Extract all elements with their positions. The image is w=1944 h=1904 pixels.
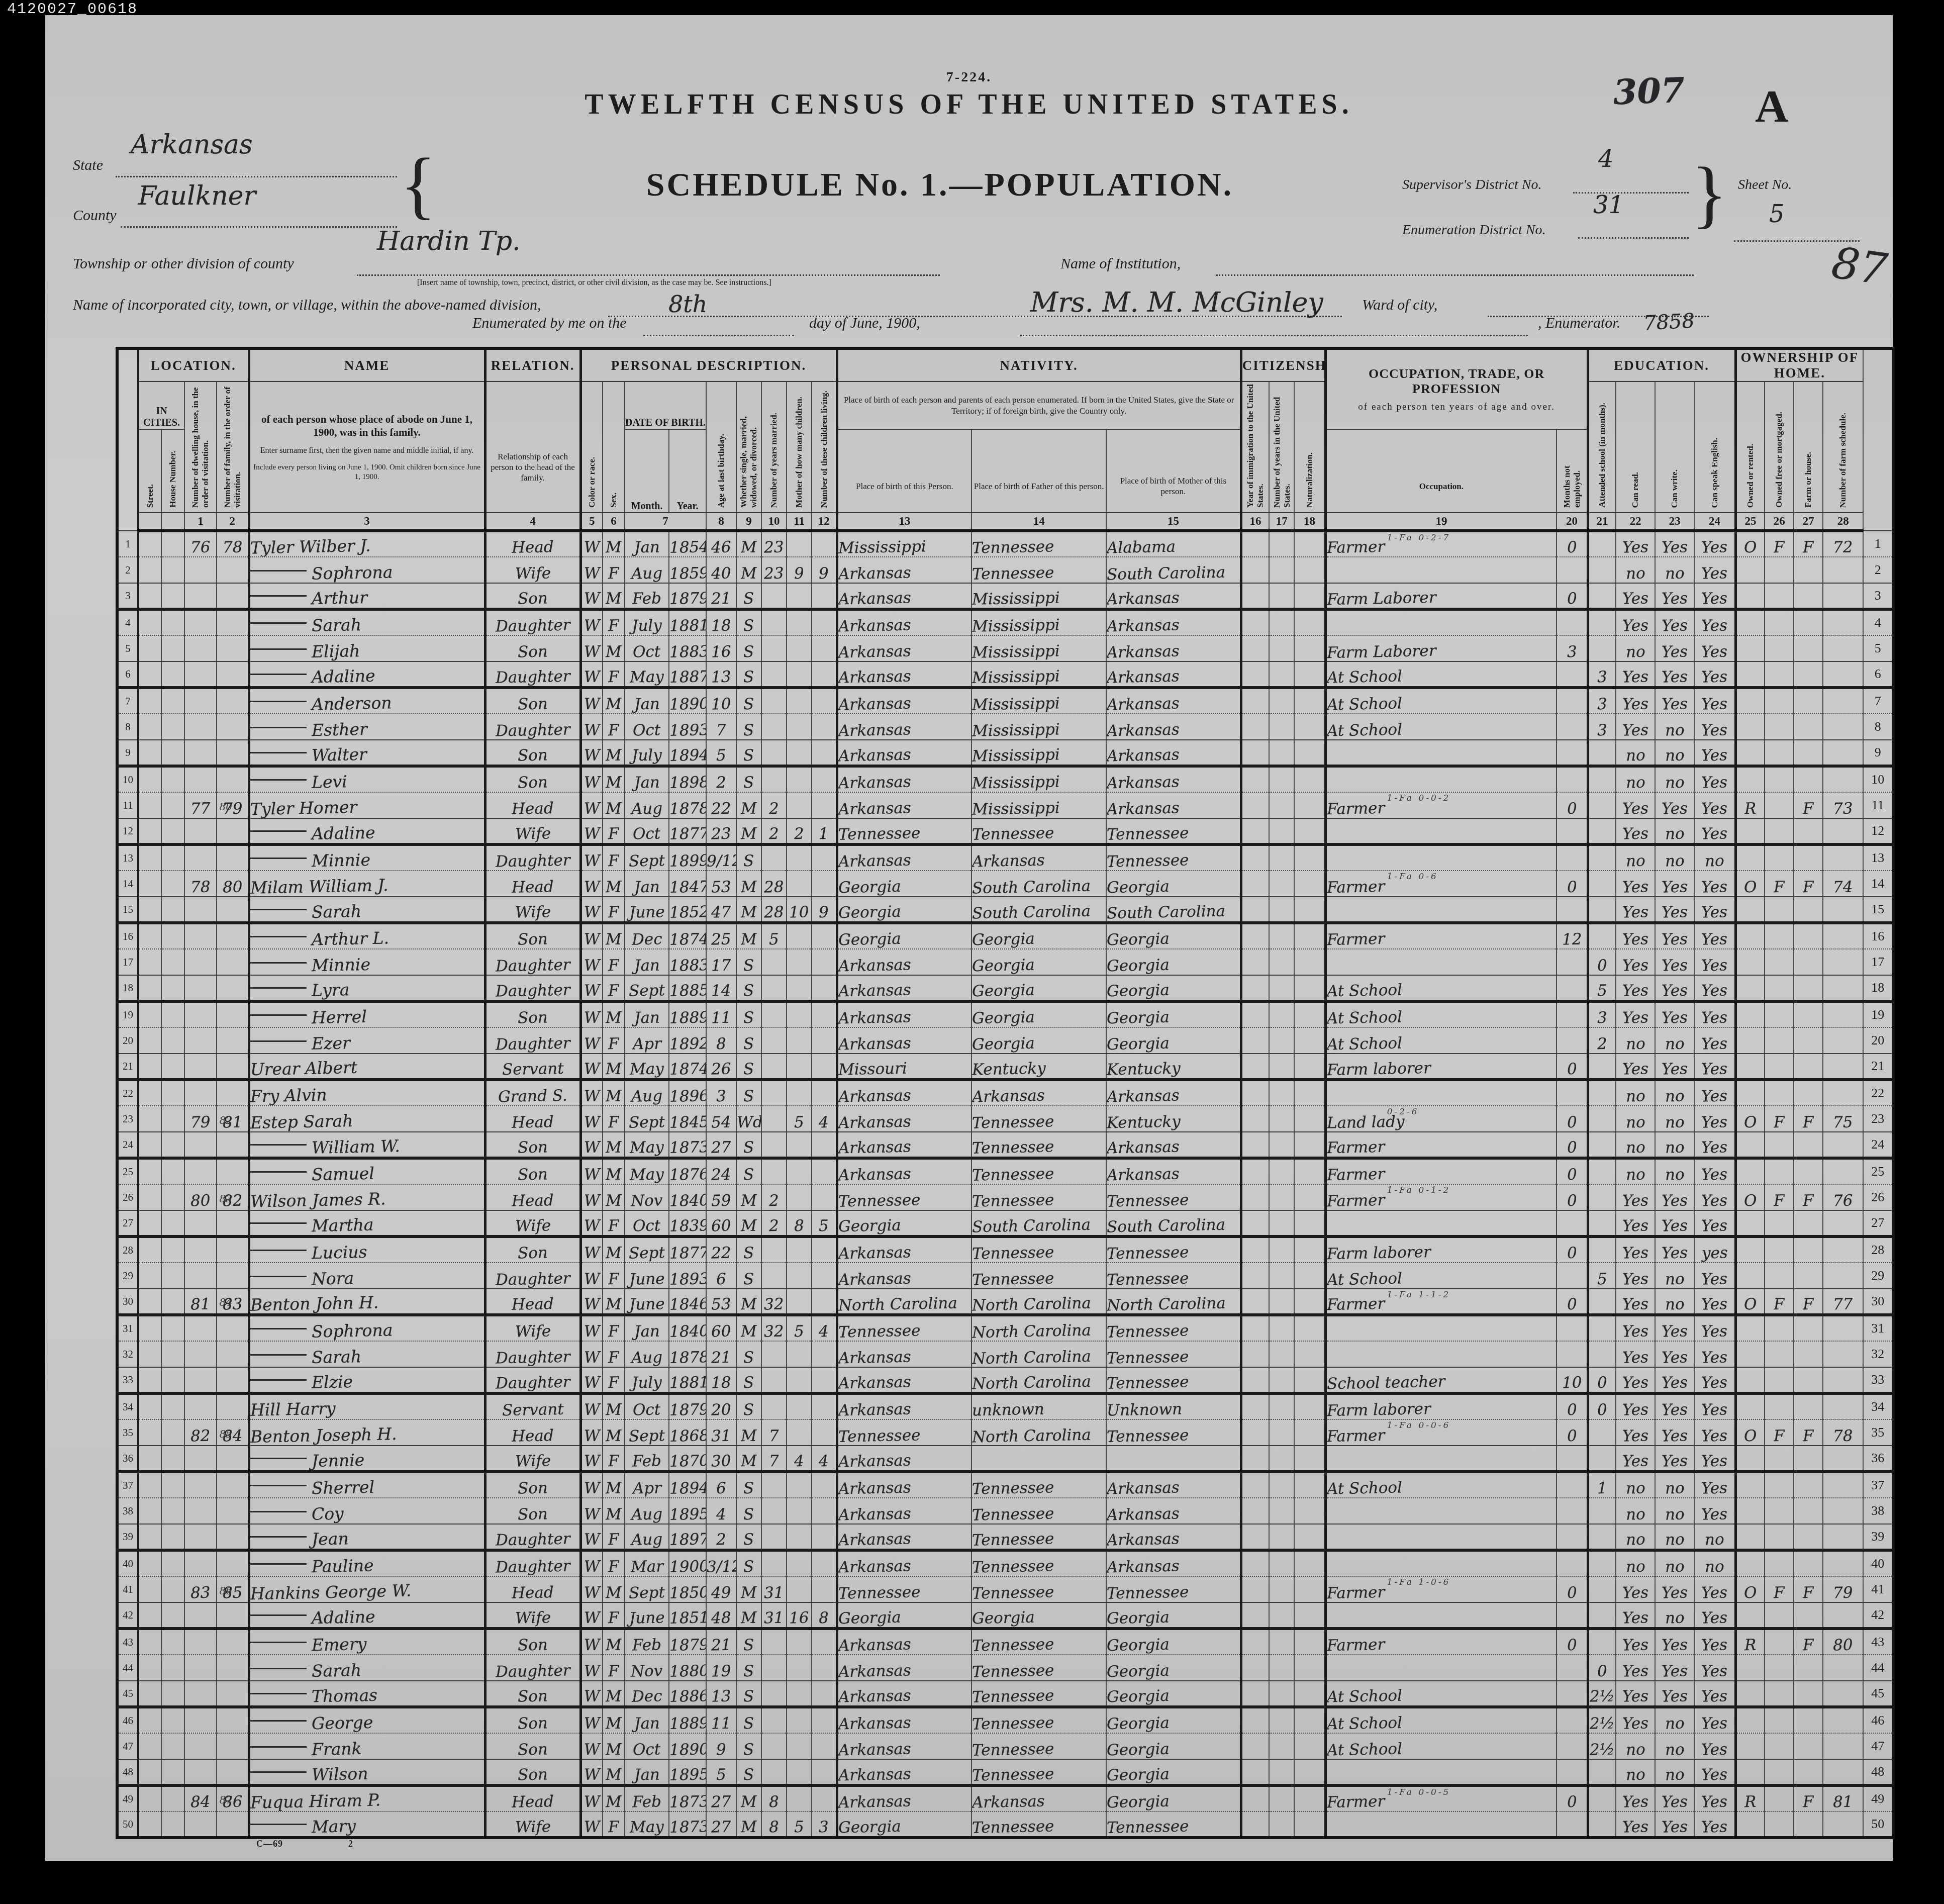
cell-bm: Nov <box>625 1184 669 1210</box>
cell-nat <box>1294 1498 1325 1524</box>
left-line-number: 9 <box>117 740 138 766</box>
cell-bm: May <box>625 1132 669 1158</box>
cell-st <box>138 1210 161 1236</box>
cell-yus <box>1269 1210 1294 1236</box>
cell-fam <box>217 1681 249 1707</box>
cell-cl <box>812 531 837 557</box>
cell-pb: Arkansas <box>837 1263 971 1289</box>
cell-nat <box>1294 897 1325 923</box>
cell-sch <box>1588 1210 1616 1236</box>
cell-mc <box>787 1263 812 1289</box>
cell-st <box>138 1707 161 1733</box>
cell-wr: Yes <box>1655 1210 1694 1236</box>
cell-name: Jennie <box>249 1446 485 1472</box>
cell-nat <box>1294 1785 1325 1812</box>
cell-c: W <box>580 975 603 1001</box>
cell-mar: S <box>736 1681 761 1707</box>
cell-imm <box>1241 1812 1269 1838</box>
census-scan-page: 4120027_00618 7-224. TWELFTH CENSUS OF T… <box>0 0 1944 1904</box>
cell-fh: F <box>1794 1576 1823 1602</box>
cell-fam <box>217 818 249 844</box>
ward-label: Ward of city, <box>1362 297 1437 314</box>
cell-wr: Yes <box>1655 583 1694 609</box>
cell-fs: 81 <box>1823 1785 1863 1812</box>
cell-pf: Mississippi <box>971 792 1106 818</box>
cell-pb: Arkansas <box>837 1001 971 1027</box>
cell-name: Lucius <box>249 1236 485 1263</box>
cell-occ <box>1325 1315 1557 1341</box>
cell-rel: Wife <box>485 897 580 923</box>
cell-rd: Yes <box>1616 949 1655 975</box>
cell-own: R <box>1735 1629 1765 1655</box>
cell-dw <box>184 1446 217 1472</box>
cell-occ <box>1325 1498 1557 1524</box>
cell-imm <box>1241 1602 1269 1629</box>
right-line-number: 34 <box>1863 1393 1893 1419</box>
cell-en: Yes <box>1694 661 1735 688</box>
cell-fh: F <box>1794 1184 1823 1210</box>
cell-own: O <box>1735 1576 1765 1602</box>
left-line-number: 7 <box>117 688 138 714</box>
cell-cl <box>812 871 837 897</box>
cell-rel: Daughter <box>485 949 580 975</box>
cell-rd: no <box>1616 1132 1655 1158</box>
cell-hn <box>161 792 184 818</box>
cell-sch <box>1588 1759 1616 1785</box>
table-row: 17MinnieDaughterWFJan188317SArkansasGeor… <box>117 949 1893 975</box>
cell-dw <box>184 1707 217 1733</box>
cell-nat <box>1294 1419 1325 1446</box>
cell-ym: 32 <box>761 1315 787 1341</box>
cell-bm: July <box>625 740 669 766</box>
cell-pf <box>971 1446 1106 1472</box>
cell-yus <box>1269 1054 1294 1080</box>
cell-bm: Oct <box>625 1210 669 1236</box>
cell-s: M <box>603 1236 625 1263</box>
cell-rel: Son <box>485 583 580 609</box>
cell-wr: no <box>1655 1289 1694 1315</box>
cell-by: 1890 <box>669 688 706 714</box>
cell-dw <box>184 923 217 949</box>
group-occupation: OCCUPATION, TRADE, OR PROFESSION of each… <box>1325 348 1588 429</box>
cell-pf: Tennessee <box>971 1759 1106 1785</box>
cell-mar: M <box>736 1184 761 1210</box>
cell-by: 1899 <box>669 844 706 871</box>
cell-by: 1845 <box>669 1106 706 1132</box>
cell-en: Yes <box>1694 1080 1735 1106</box>
cell-fm <box>1765 1446 1794 1472</box>
cell-bm: Feb <box>625 1629 669 1655</box>
cell-mc: 5 <box>787 1315 812 1341</box>
col-speak-english: Can speak English. <box>1694 382 1735 513</box>
cell-fh: F <box>1794 531 1823 557</box>
table-row: 26808382Wilson James R.HeadWMNov184059M2… <box>117 1184 1893 1210</box>
ditto-dash <box>250 1354 307 1356</box>
state-rule <box>116 176 397 177</box>
left-line-number: 42 <box>117 1602 138 1629</box>
cell-sch <box>1588 844 1616 871</box>
cell-st <box>138 1367 161 1393</box>
cell-mne: 0 <box>1557 1576 1588 1602</box>
cell-yus <box>1269 792 1294 818</box>
cell-hn <box>161 1054 184 1080</box>
cell-imm <box>1241 1263 1269 1289</box>
cell-imm <box>1241 531 1269 557</box>
cell-c: W <box>580 688 603 714</box>
cell-yus <box>1269 818 1294 844</box>
left-line-number: 17 <box>117 949 138 975</box>
table-row: 25SamuelSonWMMay187624SArkansasTennessee… <box>117 1158 1893 1184</box>
cell-sch <box>1588 1158 1616 1184</box>
cell-fm <box>1765 661 1794 688</box>
cell-own <box>1735 1733 1765 1759</box>
cell-fh <box>1794 1158 1823 1184</box>
group-relation: RELATION. <box>485 348 580 382</box>
cell-mar: M <box>736 1419 761 1446</box>
cell-pb: Arkansas <box>837 1027 971 1054</box>
table-row: 147880Milam William J.HeadWMJan184753M28… <box>117 871 1893 897</box>
cell-mar: S <box>736 740 761 766</box>
cell-pb: Georgia <box>837 1602 971 1629</box>
cell-imm <box>1241 609 1269 635</box>
cell-pm: Tennessee <box>1106 818 1241 844</box>
cell-pf: Arkansas <box>971 844 1106 871</box>
cell-cl: 9 <box>812 557 837 583</box>
cell-rd: Yes <box>1616 975 1655 1001</box>
cell-name: Thomas <box>249 1681 485 1707</box>
cell-rel: Head <box>485 1419 580 1446</box>
cell-age: 21 <box>706 1629 736 1655</box>
cell-pf: Tennessee <box>971 1132 1106 1158</box>
cell-imm <box>1241 1289 1269 1315</box>
cell-mar: S <box>736 1550 761 1576</box>
col-free-mortgaged: Owned free or mortgaged. <box>1765 382 1794 513</box>
cell-hn <box>161 1315 184 1341</box>
cell-cl <box>812 1054 837 1080</box>
cell-imm <box>1241 1315 1269 1341</box>
cell-cl <box>812 1550 837 1576</box>
table-row: 48WilsonSonWMJan18955SArkansasTennesseeG… <box>117 1759 1893 1785</box>
cell-yus <box>1269 844 1294 871</box>
col-years-married: Number of years married. <box>761 382 787 513</box>
cell-imm <box>1241 1132 1269 1158</box>
cell-mc <box>787 661 812 688</box>
right-line-number: 50 <box>1863 1812 1893 1838</box>
cell-mar: M <box>736 1210 761 1236</box>
cell-rd: no <box>1616 1158 1655 1184</box>
cell-rel: Head <box>485 1184 580 1210</box>
cell-occ <box>1325 1550 1557 1576</box>
cell-rd: no <box>1616 1759 1655 1785</box>
col-can-read: Can read. <box>1616 382 1655 513</box>
cell-bm: Oct <box>625 714 669 740</box>
cell-c: W <box>580 1812 603 1838</box>
right-line-number: 5 <box>1863 635 1893 661</box>
cell-cl <box>812 1080 837 1106</box>
cell-cl <box>812 1419 837 1446</box>
cell-fs <box>1823 1158 1863 1184</box>
cell-st <box>138 557 161 583</box>
col-children-living: Number of these children living. <box>812 382 837 513</box>
cell-nat <box>1294 1263 1325 1289</box>
cell-fh <box>1794 1367 1823 1393</box>
cell-hn <box>161 1629 184 1655</box>
cell-cl <box>812 1498 837 1524</box>
column-number-row: 1 2 3 4 5 6 7 8 9 10 11 12 13 14 15 16 1 <box>117 513 1893 531</box>
cell-rd: no <box>1616 1550 1655 1576</box>
table-row: 28LuciusSonWMSept187722SArkansasTennesse… <box>117 1236 1893 1263</box>
cell-fm <box>1765 1812 1794 1838</box>
cell-st <box>138 1080 161 1106</box>
cell-hn <box>161 1184 184 1210</box>
cell-nat <box>1294 1001 1325 1027</box>
cell-wr: no <box>1655 1080 1694 1106</box>
cell-mc <box>787 1393 812 1419</box>
cell-occ <box>1325 740 1557 766</box>
cell-mne: 0 <box>1557 1289 1588 1315</box>
cell-sch: 5 <box>1588 975 1616 1001</box>
cell-pm: Georgia <box>1106 1681 1241 1707</box>
cell-pf: Georgia <box>971 975 1106 1001</box>
cell-fh <box>1794 688 1823 714</box>
cell-wr: Yes <box>1655 949 1694 975</box>
cell-age: 9/12 <box>706 844 736 871</box>
cell-hn <box>161 766 184 792</box>
cell-by: 1880 <box>669 1655 706 1681</box>
cell-rel: Daughter <box>485 844 580 871</box>
cell-own <box>1735 1080 1765 1106</box>
cell-pm: North Carolina <box>1106 1289 1241 1315</box>
cell-own <box>1735 688 1765 714</box>
cell-pm: Georgia <box>1106 1655 1241 1681</box>
cell-age: 59 <box>706 1184 736 1210</box>
left-line-number: 35 <box>117 1419 138 1446</box>
cell-yus <box>1269 661 1294 688</box>
cell-sch <box>1588 1785 1616 1812</box>
cell-hn <box>161 1236 184 1263</box>
cell-ym: 23 <box>761 557 787 583</box>
cell-pf: Tennessee <box>971 1576 1106 1602</box>
cell-dw <box>184 1759 217 1785</box>
cell-occ: Farm Laborer <box>1325 635 1557 661</box>
cell-occ <box>1325 897 1557 923</box>
left-line-number: 10 <box>117 766 138 792</box>
right-line-number: 41 <box>1863 1576 1893 1602</box>
cell-fm <box>1765 1393 1794 1419</box>
cell-rd: Yes <box>1616 818 1655 844</box>
cell-en: Yes <box>1694 949 1735 975</box>
cell-nat <box>1294 1602 1325 1629</box>
cell-fam <box>217 1472 249 1498</box>
cell-pm: Arkansas <box>1106 1158 1241 1184</box>
cell-pb: Arkansas <box>837 1681 971 1707</box>
left-line-number: 25 <box>117 1158 138 1184</box>
cell-occ: Farm Laborer <box>1325 583 1557 609</box>
cell-pb: Georgia <box>837 871 971 897</box>
cell-fh <box>1794 923 1823 949</box>
cell-occ <box>1325 557 1557 583</box>
cell-nat <box>1294 1210 1325 1236</box>
cell-yus <box>1269 1707 1294 1733</box>
left-line-number: 1 <box>117 531 138 557</box>
cell-hn <box>161 583 184 609</box>
left-line-number: 49 <box>117 1785 138 1812</box>
page-stamp-number: 307 <box>1613 70 1686 113</box>
cell-mar: S <box>736 1367 761 1393</box>
cell-c: W <box>580 1289 603 1315</box>
cell-mc <box>787 1236 812 1263</box>
cell-mc <box>787 1341 812 1367</box>
cell-fm <box>1765 1263 1794 1289</box>
cell-st <box>138 949 161 975</box>
cell-sch <box>1588 1550 1616 1576</box>
cell-hn <box>161 1341 184 1367</box>
cell-fam <box>217 975 249 1001</box>
cell-wr: Yes <box>1655 1812 1694 1838</box>
cell-fs <box>1823 1132 1863 1158</box>
cell-name: Hill Harry <box>249 1393 485 1419</box>
cell-rd: Yes <box>1616 1602 1655 1629</box>
cell-cl <box>812 1236 837 1263</box>
cell-fh <box>1794 1236 1823 1263</box>
cell-mc <box>787 844 812 871</box>
cell-pm: South Carolina <box>1106 557 1241 583</box>
cell-pm: Georgia <box>1106 1001 1241 1027</box>
col-nativity-desc: Place of birth of each person and parent… <box>837 382 1241 429</box>
cell-pf: Tennessee <box>971 1184 1106 1210</box>
cell-s: M <box>603 1054 625 1080</box>
cell-bm: Mar <box>625 1550 669 1576</box>
cell-by: 1873 <box>669 1812 706 1838</box>
cell-st <box>138 1132 161 1158</box>
cell-en: Yes <box>1694 975 1735 1001</box>
cell-s: M <box>603 1184 625 1210</box>
cell-en: Yes <box>1694 1054 1735 1080</box>
cell-age: 46 <box>706 531 736 557</box>
cell-mar: M <box>736 923 761 949</box>
cell-rel: Wife <box>485 557 580 583</box>
cell-ym <box>761 949 787 975</box>
cell-mne <box>1557 688 1588 714</box>
cell-nat <box>1294 1236 1325 1263</box>
cell-fm <box>1765 1001 1794 1027</box>
left-line-number: 4 <box>117 609 138 635</box>
enumerated-rule2 <box>1020 335 1528 336</box>
cell-fh <box>1794 1001 1823 1027</box>
cell-ym <box>761 714 787 740</box>
cell-pb: Arkansas <box>837 1759 971 1785</box>
cell-pb: Arkansas <box>837 609 971 635</box>
table-row: 49848786Fuqua Hiram P.HeadWMFeb187327M8A… <box>117 1785 1893 1812</box>
cell-occ: 1-Fa 0-1-2Farmer <box>1325 1184 1557 1210</box>
cell-imm <box>1241 1681 1269 1707</box>
cell-own <box>1735 1498 1765 1524</box>
cell-fh <box>1794 1080 1823 1106</box>
cell-pb: Arkansas <box>837 844 971 871</box>
cell-rel: Son <box>485 1158 580 1184</box>
cell-own <box>1735 1707 1765 1733</box>
cell-pm: Unknown <box>1106 1393 1241 1419</box>
cell-mne: 10 <box>1557 1367 1588 1393</box>
cell-rd: no <box>1616 1080 1655 1106</box>
cell-yus <box>1269 531 1294 557</box>
cell-wr: no <box>1655 1707 1694 1733</box>
cell-ym <box>761 1733 787 1759</box>
cell-fm <box>1765 923 1794 949</box>
left-line-number: 33 <box>117 1367 138 1393</box>
cell-pm: Arkansas <box>1106 583 1241 609</box>
cell-mar: S <box>736 1132 761 1158</box>
cell-rd: Yes <box>1616 1367 1655 1393</box>
cell-st <box>138 818 161 844</box>
cell-ym: 2 <box>761 792 787 818</box>
right-line-number: 18 <box>1863 975 1893 1001</box>
cell-fh <box>1794 1027 1823 1054</box>
cell-rel: Wife <box>485 1602 580 1629</box>
cell-bm: Feb <box>625 1446 669 1472</box>
cell-fs <box>1823 1001 1863 1027</box>
cell-fm <box>1765 1629 1794 1655</box>
col-months-not-employed: Months not employed. <box>1557 429 1588 513</box>
cell-ym: 2 <box>761 1184 787 1210</box>
cell-by: 1879 <box>669 1629 706 1655</box>
cell-wr: no <box>1655 1602 1694 1629</box>
cell-ym <box>761 688 787 714</box>
cell-en: Yes <box>1694 1341 1735 1367</box>
cell-occ: At School <box>1325 1707 1557 1733</box>
cell-mc: 16 <box>787 1602 812 1629</box>
cell-en: Yes <box>1694 1315 1735 1341</box>
cell-nat <box>1294 1446 1325 1472</box>
cell-nat <box>1294 871 1325 897</box>
ditto-dash <box>250 727 307 728</box>
cell-sch: 3 <box>1588 1001 1616 1027</box>
cell-pm: Georgia <box>1106 1629 1241 1655</box>
cell-mc: 8 <box>787 1210 812 1236</box>
cell-st <box>138 1393 161 1419</box>
supervisor-rule <box>1573 192 1689 194</box>
cell-mc <box>787 975 812 1001</box>
cell-age: 18 <box>706 1367 736 1393</box>
cell-name: Coy <box>249 1498 485 1524</box>
cell-yus <box>1269 557 1294 583</box>
cell-hn <box>161 1080 184 1106</box>
table-row: 7AndersonSonWMJan189010SArkansasMississi… <box>117 688 1893 714</box>
cell-fam <box>217 1524 249 1550</box>
cell-mc <box>787 635 812 661</box>
cell-yus <box>1269 740 1294 766</box>
cell-by: 1881 <box>669 609 706 635</box>
cell-mne: 0 <box>1557 1184 1588 1210</box>
cell-imm <box>1241 1707 1269 1733</box>
cell-sch <box>1588 609 1616 635</box>
cell-rel: Daughter <box>485 975 580 1001</box>
ditto-dash <box>250 1144 307 1146</box>
cell-name: Sophrona <box>249 557 485 583</box>
cell-pm: Arkansas <box>1106 635 1241 661</box>
cell-fs <box>1823 818 1863 844</box>
cell-rd: Yes <box>1616 583 1655 609</box>
cell-pb: Arkansas <box>837 1106 971 1132</box>
col-owned-rented: Owned or rented. <box>1735 382 1765 513</box>
cell-wr: Yes <box>1655 1419 1694 1446</box>
cell-ym <box>761 1393 787 1419</box>
cell-cl <box>812 1393 837 1419</box>
left-line-number: 37 <box>117 1472 138 1498</box>
cell-pm: Georgia <box>1106 1785 1241 1812</box>
cell-imm <box>1241 1184 1269 1210</box>
cell-rd: Yes <box>1616 1629 1655 1655</box>
